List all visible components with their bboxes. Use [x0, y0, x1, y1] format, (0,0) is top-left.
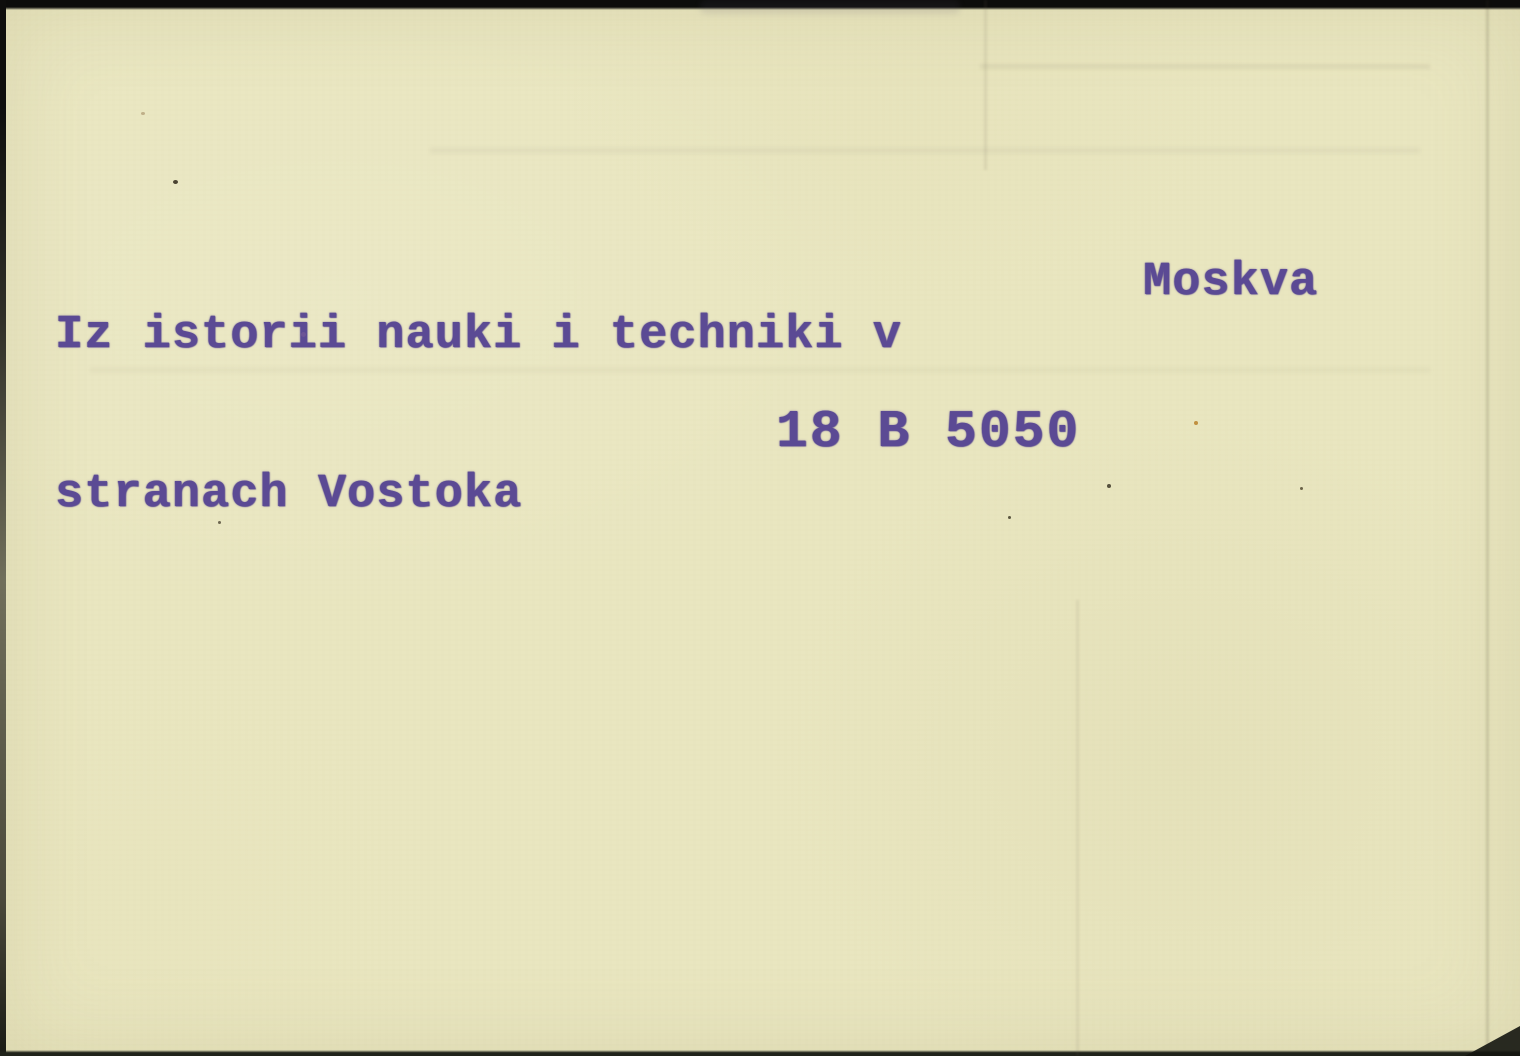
ghost-streak [430, 148, 1420, 153]
ink-speck [1194, 421, 1198, 425]
publication-place: Moskva [1143, 256, 1318, 309]
corner-shadow-bottom-right [1465, 1026, 1520, 1056]
scan-edge-left [0, 0, 6, 1056]
call-number: 18 B 5050 [776, 404, 1080, 460]
ghost-streak [1076, 600, 1079, 1056]
ghost-smudge [700, 0, 960, 14]
ink-speck [141, 112, 145, 115]
card-title: Iz istorii nauki i techniki v stranach V… [55, 203, 902, 627]
ink-speck [173, 180, 178, 184]
catalog-card-scan: Iz istorii nauki i techniki v stranach V… [0, 0, 1520, 1056]
scan-edge-bottom [0, 1050, 1520, 1056]
ink-speck [1107, 484, 1111, 488]
card-crease-right [1486, 0, 1489, 1056]
ghost-streak [980, 64, 1430, 69]
ink-speck [1300, 487, 1303, 490]
ghost-streak [984, 0, 987, 170]
ink-speck [1008, 516, 1011, 519]
title-line-2: stranach Vostoka [55, 468, 902, 521]
title-line-1: Iz istorii nauki i techniki v [55, 309, 902, 362]
